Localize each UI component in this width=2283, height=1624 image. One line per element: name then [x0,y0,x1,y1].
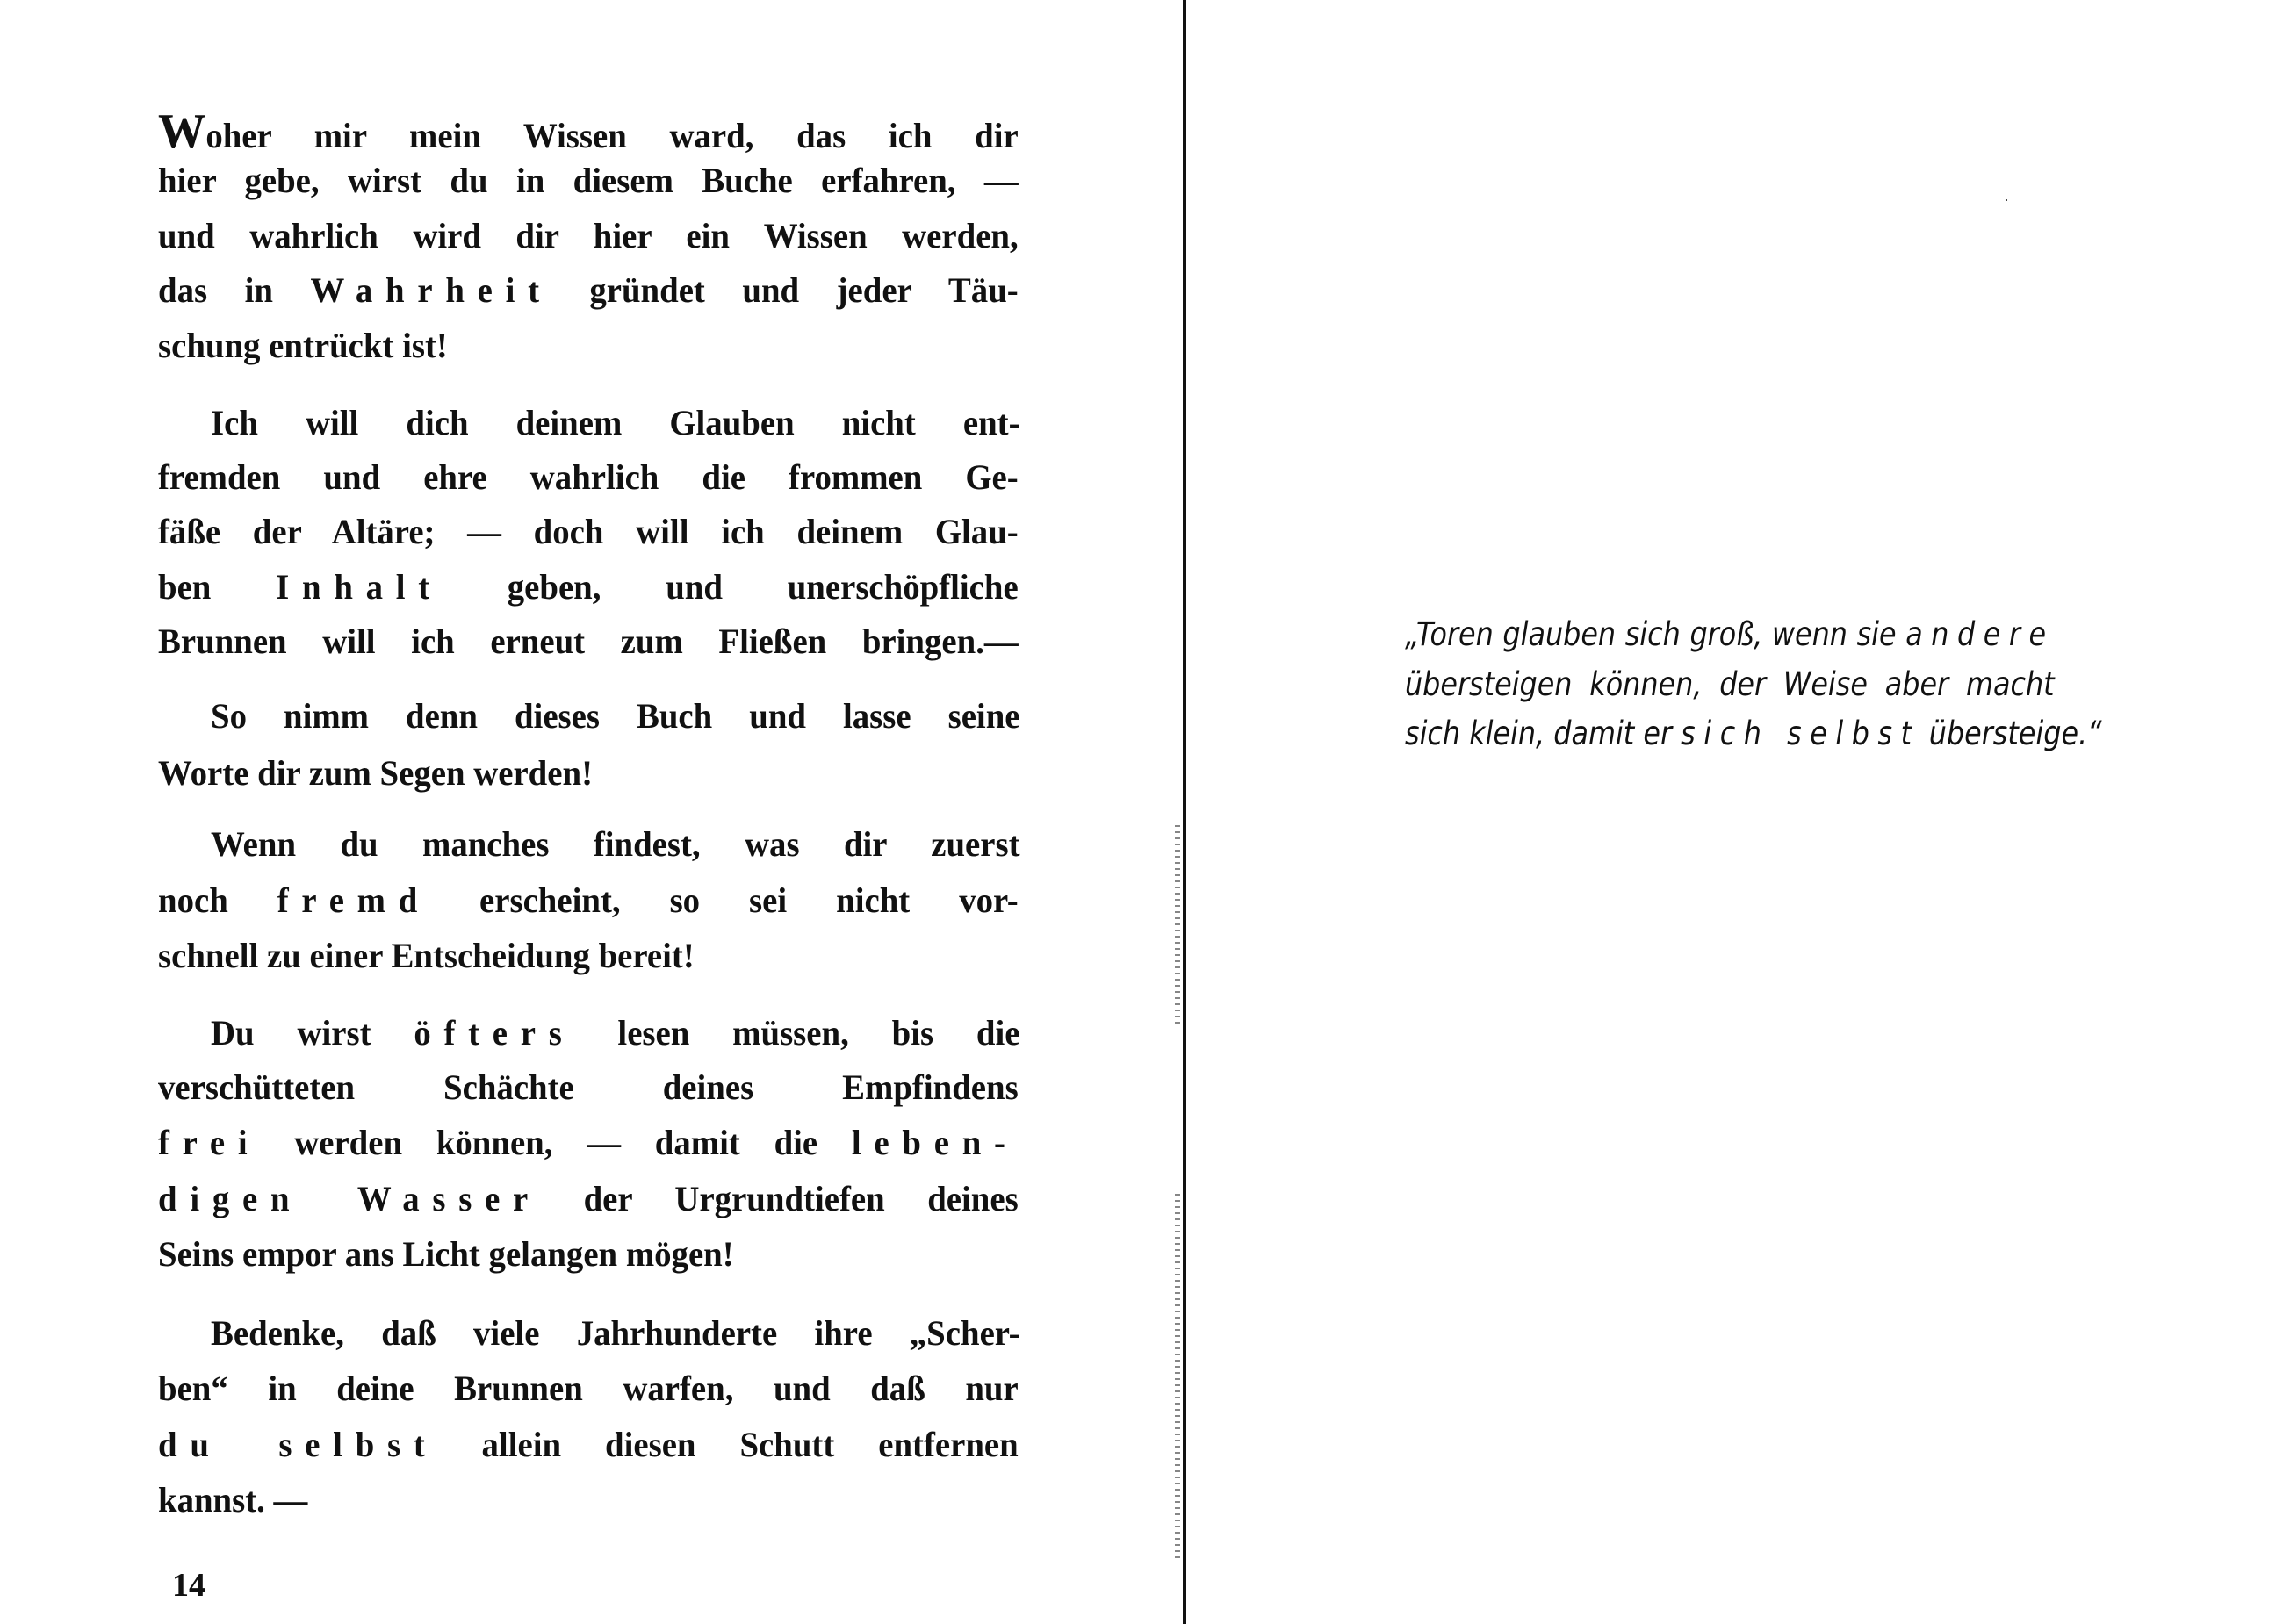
gutter-shadow [1175,825,1180,1027]
text-line: schnell zu einer Entscheidung bereit! [158,938,1019,974]
emphasis-spaced: öfters [414,1013,574,1053]
text-line: ben“ in deine Brunnen warfen, und daß nu… [158,1371,1019,1406]
print-speck [2006,199,2007,201]
line-text: ben [158,567,276,607]
gutter-shadow [1175,1194,1180,1563]
emphasis-spaced: frei [158,1123,260,1162]
emphasis-spaced: leben- [852,1123,1019,1162]
quote-text: sich klein, damit er [1405,715,1681,752]
text-line: kannst. — [158,1483,1019,1518]
emphasis-spaced: fremd [277,880,430,920]
page-gutter-divider [1183,0,1186,1624]
line-text: gründet und jeder Täu- [552,270,1019,310]
epigraph-line: sich klein, damit er sich selbst überste… [1405,717,2055,750]
line-text: noch [158,880,277,920]
text-line: Worte dir zum Segen werden! [158,756,1019,791]
text-line: digen Wasser der Urgrundtiefen deines [158,1182,1019,1217]
line-text: allein diesen Schutt entfernen [438,1425,1019,1464]
emphasis-spaced: du selbst [158,1425,438,1464]
page-number: 14 [172,1566,205,1605]
quote-text: „Toren glauben sich groß, wenn sie [1405,615,1905,653]
text-line: fremden und ehre wahrlich die frommen Ge… [158,460,1019,495]
quote-text: übersteige.“ [1920,715,2102,752]
text-line: ben Inhalt geben, und unerschöpfliche [158,570,1019,605]
line-text: erscheint, so sei nicht vor- [430,880,1019,920]
line-text: werden können, — damit die [260,1123,851,1162]
text-line: fäße der Altäre; — doch will ich deinem … [158,514,1019,550]
line-text: geben, und unerschöpfliche [443,567,1019,607]
text-line: verschütteten Schächte deines Empfindens [158,1070,1019,1105]
text-line: frei werden können, — damit die leben- [158,1125,1019,1161]
emphasis-spaced: Inhalt [276,567,443,607]
epigraph-line: übersteigen können, der Weise aber macht [1405,668,2055,701]
text-line: du selbst allein diesen Schutt entfernen [158,1427,1019,1462]
text-line: Wenn du manches findest, was dir zuerst [211,827,1020,862]
text-line: Seins empor ans Licht gelangen mögen! [158,1237,1019,1272]
line-text: der Urgrundtiefen deines [541,1179,1019,1218]
right-page [1189,0,2283,1624]
dropcap: W [158,104,205,159]
line-text: oher mir mein Wissen ward, das ich dir [205,116,1018,155]
text-line: und wahrlich wird dir hier ein Wissen we… [158,219,1019,254]
text-line: Brunnen will ich erneut zum Fließen brin… [158,624,1019,659]
emphasis-spaced: digen Wasser [158,1179,541,1218]
emphasis-spaced: Wahrheit [310,270,551,310]
text-line: noch fremd erscheint, so sei nicht vor- [158,883,1019,918]
emphasis-spaced: andere [1905,615,2054,653]
emphasis-spaced: sich selbst [1681,715,1919,752]
text-line: Ich will dich deinem Glauben nicht ent- [211,406,1020,441]
text-line: hier gebe, wirst du in diesem Buche erfa… [158,163,1019,198]
text-line: Woher mir mein Wissen ward, das ich dir [158,107,1019,156]
line-text: das in [158,270,310,310]
text-line: schung entrückt ist! [158,328,1019,363]
text-line: So nimm denn dieses Buch und lasse seine [211,699,1020,734]
epigraph-line: „Toren glauben sich groß, wenn sie ander… [1405,618,2055,650]
left-page: Woher mir mein Wissen ward, das ich dir … [0,0,1185,1624]
text-line: Du wirst öfters lesen müssen, bis die [211,1016,1020,1051]
text-line: das in Wahrheit gründet und jeder Täu- [158,273,1019,308]
line-text: Du wirst [211,1013,414,1053]
book-spread: Woher mir mein Wissen ward, das ich dir … [0,0,2283,1624]
line-text: lesen müssen, bis die [575,1013,1020,1053]
text-line: Bedenke, daß viele Jahrhunderte ihre „Sc… [211,1316,1020,1351]
